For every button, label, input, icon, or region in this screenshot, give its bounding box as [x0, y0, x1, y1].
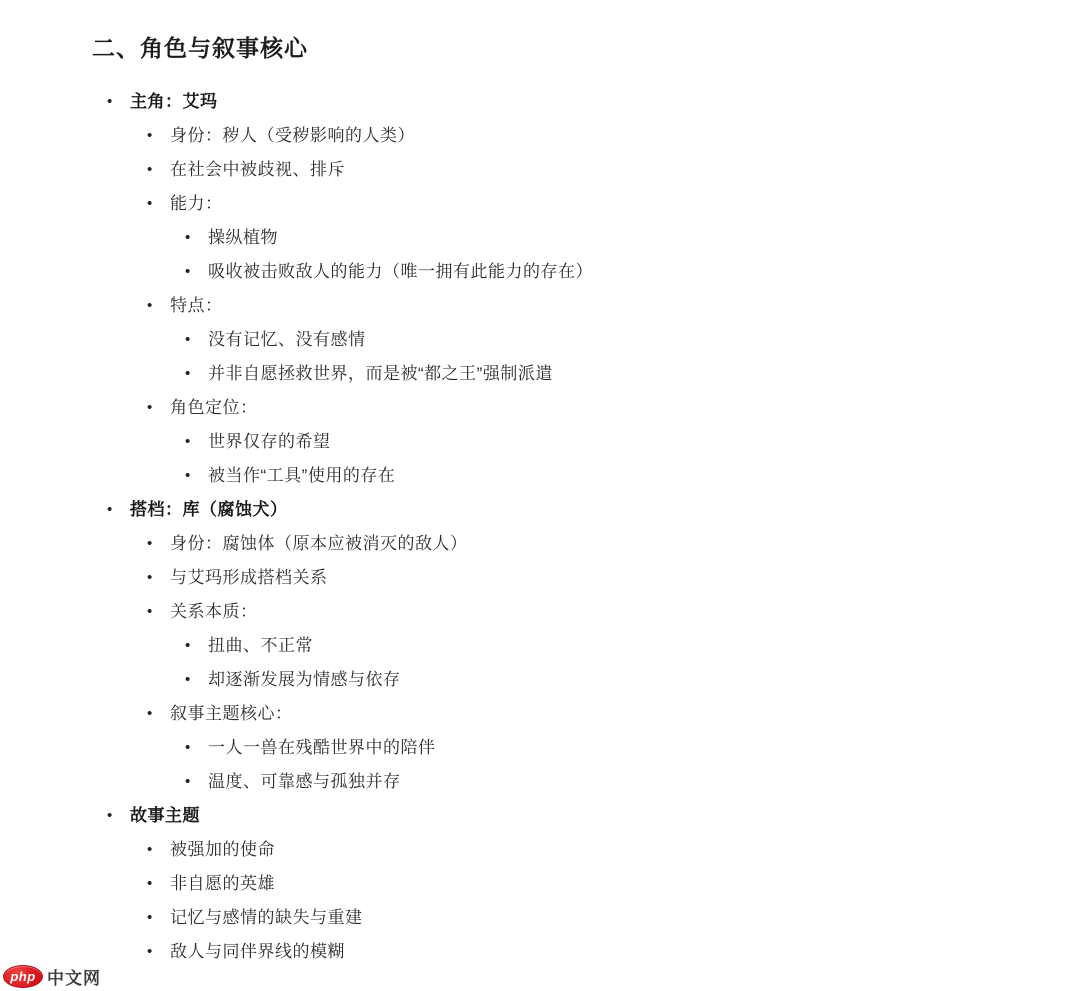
- list-item-text: 被强加的使命: [170, 833, 275, 867]
- list-item-text: 却逐渐发展为情感与依存: [208, 663, 401, 697]
- bullet-icon: •: [147, 697, 170, 731]
- bullet-icon: •: [147, 119, 170, 153]
- list-item: •操纵植物: [92, 221, 1040, 255]
- bullet-icon: •: [185, 221, 208, 255]
- list-item: •特点：: [92, 289, 1040, 323]
- list-item: •并非自愿拯救世界，而是被“都之王”强制派遣: [92, 357, 1040, 391]
- list-item: •被强加的使命: [92, 833, 1040, 867]
- list-item-text: 叙事主题核心：: [170, 697, 293, 731]
- outline-list: •主角：艾玛•身份：秽人（受秽影响的人类）•在社会中被歧视、排斥•能力：•操纵植…: [92, 85, 1040, 969]
- list-item-text: 能力：: [170, 187, 223, 221]
- list-item: •故事主题: [92, 799, 1040, 833]
- list-item: •能力：: [92, 187, 1040, 221]
- bullet-icon: •: [185, 629, 208, 663]
- list-item-text: 扭曲、不正常: [208, 629, 313, 663]
- list-item-text: 与艾玛形成搭档关系: [170, 561, 328, 595]
- bullet-icon: •: [147, 289, 170, 323]
- watermark-label: 中文网: [47, 964, 101, 989]
- list-item-text: 故事主题: [130, 799, 200, 833]
- bullet-icon: •: [147, 935, 170, 969]
- list-item: •却逐渐发展为情感与依存: [92, 663, 1040, 697]
- list-item: •温度、可靠感与孤独并存: [92, 765, 1040, 799]
- list-item: •主角：艾玛: [92, 85, 1040, 119]
- list-item-text: 被当作“工具”使用的存在: [208, 459, 395, 493]
- bullet-icon: •: [147, 833, 170, 867]
- list-item: •非自愿的英雄: [92, 867, 1040, 901]
- document-body: 二、角色与叙事核心 •主角：艾玛•身份：秽人（受秽影响的人类）•在社会中被歧视、…: [92, 30, 1040, 969]
- list-item-text: 记忆与感情的缺失与重建: [170, 901, 363, 935]
- bullet-icon: •: [185, 323, 208, 357]
- list-item: •搭档：库（腐蚀犬）: [92, 493, 1040, 527]
- list-item: •关系本质：: [92, 595, 1040, 629]
- list-item: •与艾玛形成搭档关系: [92, 561, 1040, 595]
- bullet-icon: •: [147, 561, 170, 595]
- bullet-icon: •: [185, 357, 208, 391]
- list-item-text: 敌人与同伴界线的模糊: [170, 935, 345, 969]
- watermark-logo: php 中文网: [3, 964, 101, 988]
- list-item: •没有记忆、没有感情: [92, 323, 1040, 357]
- list-item-text: 操纵植物: [208, 221, 278, 255]
- bullet-icon: •: [185, 731, 208, 765]
- bullet-icon: •: [107, 799, 130, 833]
- list-item-text: 温度、可靠感与孤独并存: [208, 765, 401, 799]
- list-item-text: 并非自愿拯救世界，而是被“都之王”强制派遣: [208, 357, 553, 391]
- list-item: •被当作“工具”使用的存在: [92, 459, 1040, 493]
- list-item-text: 角色定位：: [170, 391, 258, 425]
- list-item-text: 吸收被击败敌人的能力（唯一拥有此能力的存在）: [208, 255, 593, 289]
- bullet-icon: •: [147, 595, 170, 629]
- list-item: •扭曲、不正常: [92, 629, 1040, 663]
- bullet-icon: •: [147, 867, 170, 901]
- document-page: 二、角色与叙事核心 •主角：艾玛•身份：秽人（受秽影响的人类）•在社会中被歧视、…: [0, 0, 1080, 991]
- list-item: •叙事主题核心：: [92, 697, 1040, 731]
- list-item-text: 主角：艾玛: [130, 85, 218, 119]
- list-item: •记忆与感情的缺失与重建: [92, 901, 1040, 935]
- bullet-icon: •: [147, 187, 170, 221]
- bullet-icon: •: [147, 527, 170, 561]
- list-item: •吸收被击败敌人的能力（唯一拥有此能力的存在）: [92, 255, 1040, 289]
- list-item-text: 身份：腐蚀体（原本应被消灭的敌人）: [170, 527, 468, 561]
- php-logo-icon: php: [3, 965, 43, 988]
- bullet-icon: •: [107, 85, 130, 119]
- list-item-text: 特点：: [170, 289, 223, 323]
- bullet-icon: •: [147, 901, 170, 935]
- list-item: •角色定位：: [92, 391, 1040, 425]
- bullet-icon: •: [107, 493, 130, 527]
- bullet-icon: •: [185, 255, 208, 289]
- section-heading: 二、角色与叙事核心: [92, 30, 1040, 63]
- list-item: •在社会中被歧视、排斥: [92, 153, 1040, 187]
- list-item: •身份：秽人（受秽影响的人类）: [92, 119, 1040, 153]
- bullet-icon: •: [185, 425, 208, 459]
- list-item: •一人一兽在残酷世界中的陪伴: [92, 731, 1040, 765]
- list-item: •身份：腐蚀体（原本应被消灭的敌人）: [92, 527, 1040, 561]
- list-item-text: 非自愿的英雄: [170, 867, 275, 901]
- list-item-text: 在社会中被歧视、排斥: [170, 153, 345, 187]
- bullet-icon: •: [185, 459, 208, 493]
- list-item: •世界仅存的希望: [92, 425, 1040, 459]
- bullet-icon: •: [147, 391, 170, 425]
- list-item-text: 身份：秽人（受秽影响的人类）: [170, 119, 415, 153]
- bullet-icon: •: [147, 153, 170, 187]
- bullet-icon: •: [185, 765, 208, 799]
- list-item-text: 一人一兽在残酷世界中的陪伴: [208, 731, 436, 765]
- bullet-icon: •: [185, 663, 208, 697]
- list-item-text: 关系本质：: [170, 595, 258, 629]
- list-item-text: 世界仅存的希望: [208, 425, 331, 459]
- list-item-text: 搭档：库（腐蚀犬）: [130, 493, 288, 527]
- list-item-text: 没有记忆、没有感情: [208, 323, 366, 357]
- list-item: •敌人与同伴界线的模糊: [92, 935, 1040, 969]
